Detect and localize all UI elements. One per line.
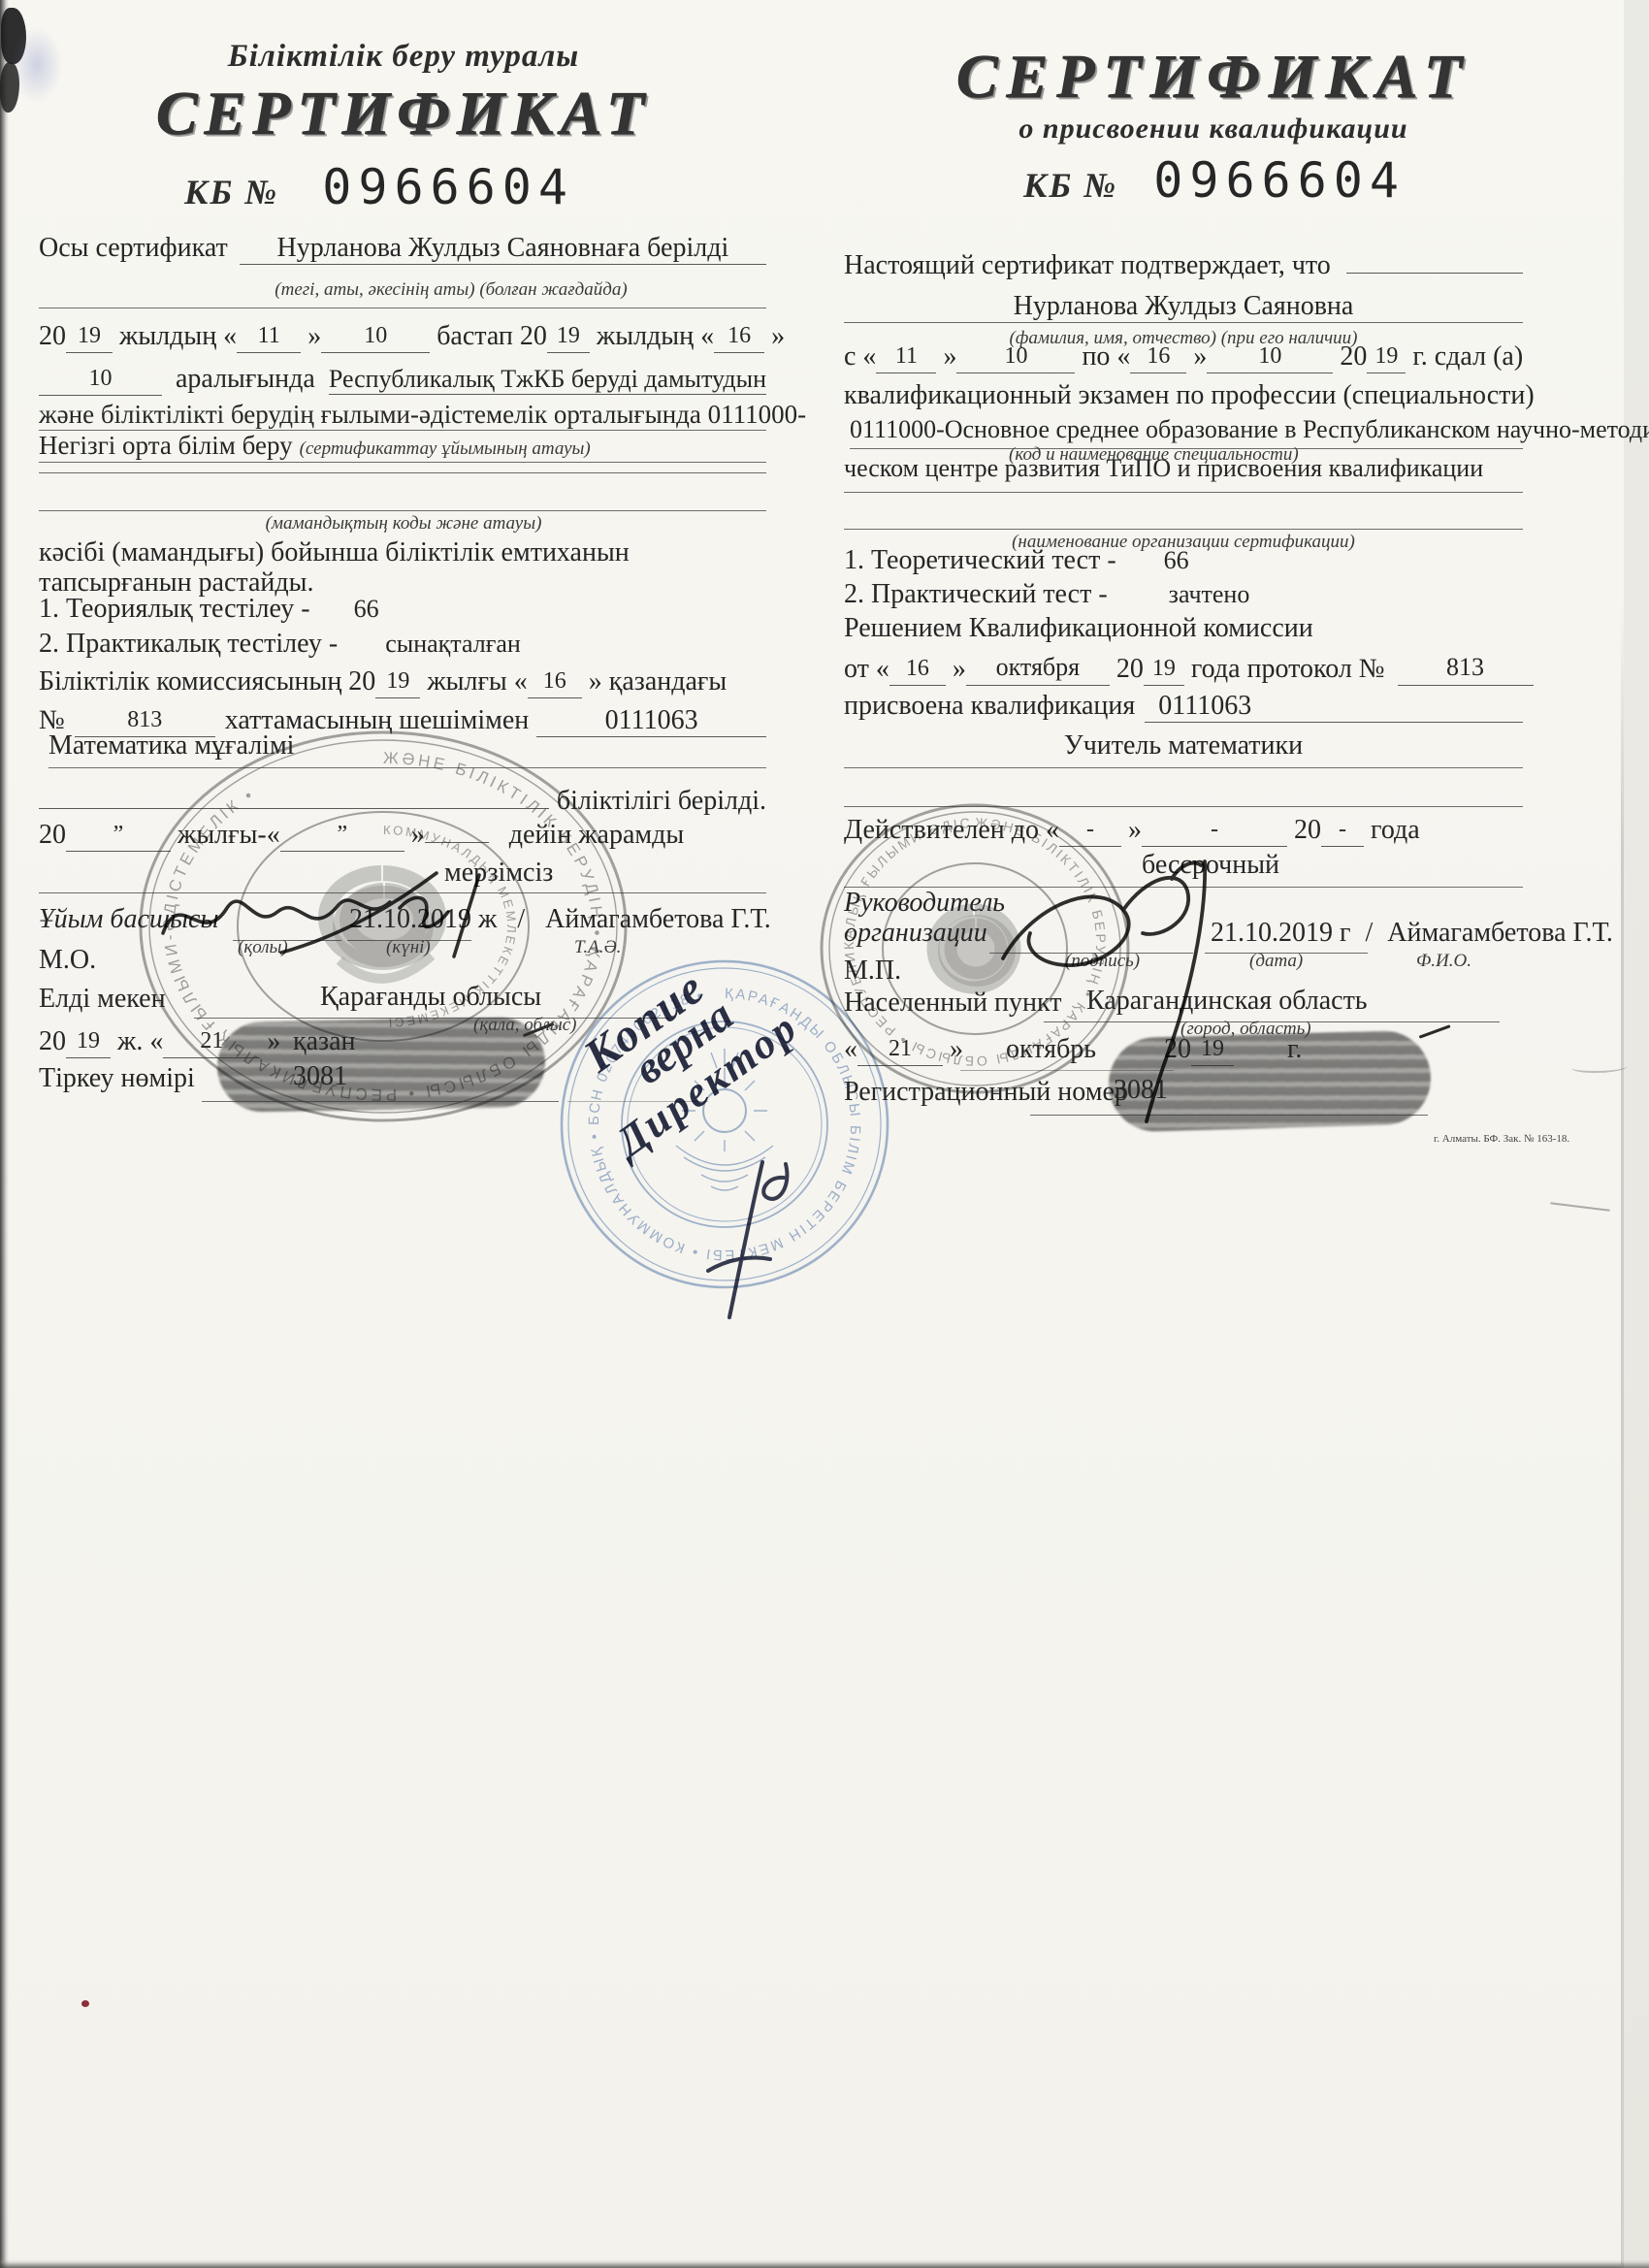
ru-issued-e: г. xyxy=(1287,1034,1302,1064)
ru-blank-line xyxy=(844,512,1523,530)
ru-test1-row: 1. Теоретический тест - 66 xyxy=(844,545,1189,576)
kk-period-g: аралығында xyxy=(176,364,315,395)
kk-period-f: » xyxy=(771,321,785,351)
ru-period-f: г. сдал (а) xyxy=(1412,341,1523,372)
ru-period-a: с « xyxy=(844,341,876,372)
kk-valid-b: жылғы-« xyxy=(178,820,280,850)
ru-sign-pre2: организации xyxy=(844,918,987,949)
kk-test2-row: 2. Практикалық тестілеу - сынақталған xyxy=(39,629,521,660)
ru-qual-pre: присвоена квалификация xyxy=(844,691,1135,722)
scan-left-edge xyxy=(0,0,9,2268)
kk-sign-pre: Ұйым басшысы xyxy=(39,904,218,935)
kk-confirm-text: кәсібі (мамандығы) бойынша біліктілік ем… xyxy=(39,537,766,598)
kk-test2-label: 2. Практикалық тестілеу - xyxy=(39,629,338,659)
ru-mp: М.П. xyxy=(844,956,901,987)
ru-reg-line xyxy=(1030,1098,1428,1116)
kk-valid-c: » xyxy=(411,820,425,850)
ru-prot-c: 20 xyxy=(1116,654,1144,684)
kk-test2-value: сынақталған xyxy=(385,630,521,658)
ru-serial-number: 0966604 xyxy=(1153,152,1406,209)
ru-test2-label: 2. Практический тест - xyxy=(844,579,1108,609)
kk-comm-a: Біліктілік комиссиясының 20 xyxy=(39,666,375,697)
ru-serial-label: КБ № xyxy=(1023,166,1117,205)
ru-valid-a: Действителен до « xyxy=(844,815,1059,845)
ru-name-value: Нурланова Жулдыз Саяновна xyxy=(844,291,1523,323)
ru-test2-value: зачтено xyxy=(1169,580,1250,608)
kk-issued-row: 2019 ж. «21 » xyxy=(39,1026,280,1058)
scan-bottom-edge xyxy=(0,2259,1649,2268)
ru-test2-row: 2. Практический тест - зачтено xyxy=(844,579,1249,610)
kk-place-pre: Елді мекен xyxy=(39,984,166,1015)
kk-period-c: » xyxy=(307,321,321,351)
red-ink-dot xyxy=(81,2000,89,2007)
ru-termless: бессрочный xyxy=(1142,850,1279,880)
kk-serial-row: КБ № 0966604 xyxy=(184,160,574,216)
kk-issued-a: 20 xyxy=(39,1026,66,1056)
kk-given-row: Осы сертификат Нурланова Жулдыз Саяновна… xyxy=(39,233,766,265)
ru-sign-name: Аймагамбетова Г.Т. xyxy=(1387,918,1613,948)
kk-reg-pre: Тіркеу нөмірі xyxy=(39,1063,195,1094)
ru-issued-row: «21 » xyxy=(844,1034,963,1066)
kk-blank-line xyxy=(39,876,766,893)
kk-org-line2: және біліктілікті берудің ғылыми-әдістем… xyxy=(39,400,766,431)
kk-place-line xyxy=(194,1001,669,1019)
ru-issued-line xyxy=(960,1053,1174,1071)
kk-qualification: Математика мұғалімі xyxy=(48,730,766,768)
kk-place-hint: (қала, облыс) xyxy=(473,1015,576,1036)
ru-hint-name: Ф.И.О. xyxy=(1416,951,1471,972)
ru-valid-c: 20 xyxy=(1294,815,1321,845)
ru-valid-row: Действителен до «- »- 20- года xyxy=(844,815,1420,847)
kk-given-pre: Осы сертификат xyxy=(39,233,228,264)
kk-blank-line xyxy=(39,291,766,308)
ru-print-imprint: г. Алматы. БФ. Зак. № 163-18. xyxy=(1434,1133,1569,1146)
ru-prot-a: от « xyxy=(844,654,889,684)
ru-serial-row: КБ № 0966604 xyxy=(1023,153,1406,210)
ru-issued-year: 2019 г. xyxy=(1164,1034,1302,1066)
kk-spec-hint: (мамандықтың коды және атауы) xyxy=(39,513,768,535)
kk-test1-value: 66 xyxy=(354,595,379,623)
kk-hint-date: (күні) xyxy=(386,937,431,958)
ru-confirm-row: Настоящий сертификат подтверждает, что xyxy=(844,250,1523,281)
kk-org-line1: Республикалық ТжКБ беруді дамытудын xyxy=(329,365,766,395)
paper-fold-line xyxy=(1621,601,1624,2268)
ru-prot-b: » xyxy=(953,654,966,684)
ru-blank-line xyxy=(844,475,1523,493)
ru-termless-row: бессрочный xyxy=(844,850,1523,888)
kk-comm-c: » қазандағы xyxy=(589,666,727,697)
kk-given-value: Нурланова Жулдыз Саяновнаға берілді xyxy=(240,233,766,265)
ru-period-row: с «11 »10 по «16 »10 2019 г. сдал (а) xyxy=(844,341,1523,373)
kk-issued-month: қазан xyxy=(293,1026,356,1057)
ru-subtitle: о присвоении квалификации xyxy=(844,113,1583,146)
kk-period-d: бастап 20 xyxy=(436,321,547,351)
ru-confirm-pre: Настоящий сертификат подтверждает, что xyxy=(844,250,1331,281)
ru-valid-b: » xyxy=(1128,815,1142,845)
ru-qual-row: присвоена квалификация 0111063 xyxy=(844,691,1523,723)
ru-protocol-row: от «16 »октября 2019 года протокол № 813 xyxy=(844,654,1534,686)
kk-issued-b: ж. « xyxy=(117,1026,163,1056)
kk-period-e: жылдың « xyxy=(597,321,714,351)
kk-hint-name: Т.А.Ә. xyxy=(574,937,621,958)
ru-decision-text: Решением Квалификационной комиссии xyxy=(844,613,1313,644)
kk-period-b: жылдың « xyxy=(119,321,237,351)
kk-period-a: 20 xyxy=(39,321,66,351)
ru-period-b: » xyxy=(943,341,956,372)
ru-test1-label: 1. Теоретический тест - xyxy=(844,545,1116,575)
ru-blank-line xyxy=(844,790,1523,807)
ru-period-e: 20 xyxy=(1340,341,1367,372)
kk-issued-c: » xyxy=(267,1026,280,1056)
kk-sign-slash: / xyxy=(517,904,525,934)
kk-subtitle: Біліктілік беру туралы xyxy=(39,39,768,76)
kk-commission-row: Біліктілік комиссиясының 2019 жылғы «16 … xyxy=(39,666,727,698)
certificate-russian-side: СЕРТИФИКАТ о присвоении квалификации КБ … xyxy=(844,0,1583,1213)
ru-hint-date: (дата) xyxy=(1249,951,1303,972)
ru-issued-a: « xyxy=(844,1034,857,1064)
kk-hint-sig: (қолы) xyxy=(238,937,288,958)
ru-exam-text: квалификационный экзамен по профессии (с… xyxy=(844,380,1535,411)
kk-sign-name: Аймагамбетова Г.Т. xyxy=(545,904,771,934)
kk-comm-b: жылғы « xyxy=(427,666,527,697)
ru-test1-value: 66 xyxy=(1164,546,1189,574)
kk-valid-a: 20 xyxy=(39,820,66,850)
ru-period-d: » xyxy=(1193,341,1207,372)
ru-period-c: по « xyxy=(1082,341,1130,372)
paper-fold-shade xyxy=(1624,0,1649,2268)
ru-qualification: Учитель математики xyxy=(844,730,1523,768)
ru-title: СЕРТИФИКАТ xyxy=(844,41,1583,113)
kk-title: СЕРТИФИКАТ xyxy=(39,78,768,149)
kk-blank-line xyxy=(39,494,766,511)
ru-prot-e: года протокол № xyxy=(1191,654,1385,684)
kk-blank-line xyxy=(39,456,766,473)
kk-serial-number: 0966604 xyxy=(322,159,574,215)
kk-granted-row: біліктілігі берілді. xyxy=(39,786,766,817)
kk-valid-d: дейін жарамды xyxy=(509,820,684,850)
kk-test1-row: 1. Теориялық тестілеу - 66 xyxy=(39,594,379,625)
ru-sign-pre1: Руководитель xyxy=(844,888,1005,919)
kk-period-row2: 10 аралығында Республикалық ТжКБ беруді … xyxy=(39,364,766,396)
kk-valid-row: 20” жылғы-«” » дейін жарамды xyxy=(39,820,684,852)
scanned-certificate-page: Біліктілік беру туралы СЕРТИФИКАТ КБ № 0… xyxy=(0,0,1649,2268)
kk-serial-label: КБ № xyxy=(184,173,278,211)
kk-mo: М.О. xyxy=(39,945,96,976)
kk-reg-line xyxy=(202,1085,559,1102)
kk-test1-label: 1. Теориялық тестілеу - xyxy=(39,594,310,624)
ru-hint-sig: (подпись) xyxy=(1065,951,1140,972)
kk-period-row1: 2019 жылдың «11 »10 бастап 2019 жылдың «… xyxy=(39,321,785,353)
ru-place-pre: Населенный пункт xyxy=(844,988,1061,1019)
kk-granted-text: біліктілігі берілді. xyxy=(557,786,766,817)
ru-valid-d: года xyxy=(1371,815,1420,845)
